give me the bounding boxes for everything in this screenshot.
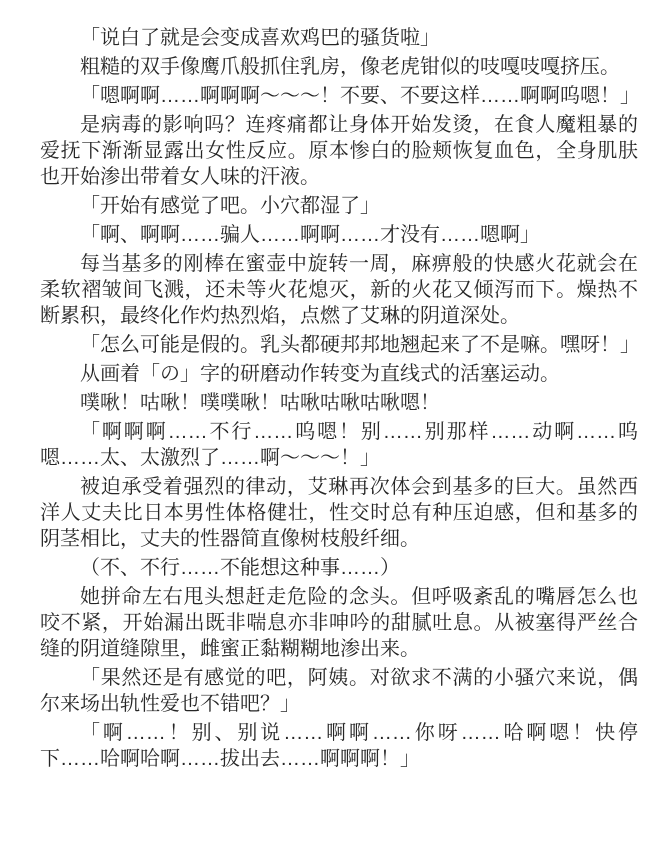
paragraph: 「啊……！别、别说……啊啊……你呀……哈啊嗯！快停下……哈啊哈啊……拔出去……啊… [40,720,638,772]
paragraph: 是病毒的影响吗？连疼痛都让身体开始发烫，在食人魔粗暴的爱抚下渐渐显露出女性反应。… [40,112,638,190]
paragraph: 每当基多的刚棒在蜜壶中旋转一周，麻痹般的快感火花就会在柔软褶皱间飞溅，还未等火花… [40,251,638,329]
paragraph: 噗啾！咕啾！噗噗啾！咕啾咕啾咕啾嗯！ [40,390,638,416]
novel-text-body: 「说白了就是会变成喜欢鸡巴的骚货啦」粗糙的双手像鹰爪般抓住乳房，像老虎钳似的吱嘎… [0,0,650,850]
paragraph: 粗糙的双手像鹰爪般抓住乳房，像老虎钳似的吱嘎吱嘎挤压。 [40,54,638,80]
paragraph: 从画着「の」字的研磨动作转变为直线式的活塞运动。 [40,361,638,387]
paragraph: 「果然还是有感觉的吧，阿姨。对欲求不满的小骚穴来说，偶尔来场出轨性爱也不错吧？」 [40,665,638,717]
paragraph: 「说白了就是会变成喜欢鸡巴的骚货啦」 [40,25,638,51]
paragraph: （不、不行……不能想这种事……） [40,555,638,581]
paragraph: 她拼命左右甩头想赶走危险的念头。但呼吸紊乱的嘴唇怎么也咬不紧，开始漏出既非喘息亦… [40,584,638,662]
paragraph: 「开始有感觉了吧。小穴都湿了」 [40,193,638,219]
paragraph: 「啊、啊啊……骗人……啊啊……才没有……嗯啊」 [40,222,638,248]
novel-reader-page: 「说白了就是会变成喜欢鸡巴的骚货啦」粗糙的双手像鹰爪般抓住乳房，像老虎钳似的吱嘎… [0,0,650,850]
paragraph: 「怎么可能是假的。乳头都硬邦邦地翘起来了不是嘛。嘿呀！」 [40,332,638,358]
paragraph: 「嗯啊啊……啊啊啊～～～！不要、不要这样……啊啊呜嗯！」 [40,83,638,109]
paragraph: 「啊啊啊……不行……呜嗯！别……别那样……动啊……呜嗯……太、太激烈了……啊～～… [40,419,638,471]
paragraph: 被迫承受着强烈的律动，艾琳再次体会到基多的巨大。虽然西洋人丈夫比日本男性体格健壮… [40,474,638,552]
